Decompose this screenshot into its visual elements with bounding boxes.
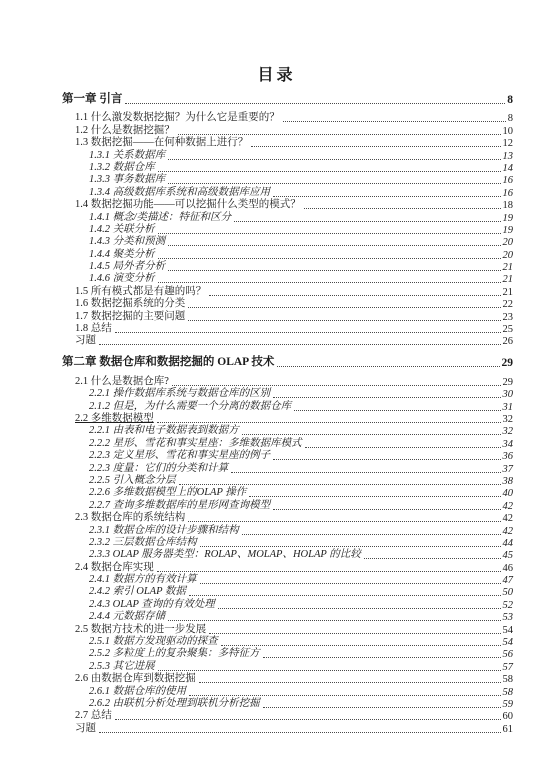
- entry-page-number: 57: [503, 662, 514, 673]
- entry-dot-leader: [273, 195, 500, 197]
- entry-page-number: 26: [503, 336, 514, 347]
- entry-dot-leader: [158, 170, 501, 172]
- entry-dot-leader: [273, 508, 500, 510]
- entry-page-number: 61: [503, 724, 514, 735]
- entry-dot-leader: [115, 331, 501, 333]
- entry-page-number: 20: [503, 250, 514, 261]
- entry-label: 第一章 引言: [62, 90, 122, 106]
- entry-page-number: 53: [503, 612, 514, 623]
- entry-page-number: 25: [503, 324, 514, 335]
- entry-page-number: 16: [503, 175, 514, 186]
- entry-dot-leader: [234, 220, 500, 222]
- entry-page-number: 32: [503, 414, 514, 425]
- entry-page-number: 19: [503, 225, 514, 236]
- entry-page-number: 10: [503, 126, 514, 137]
- entry-dot-leader: [200, 582, 501, 584]
- toc-list: 第一章 引言81.1 什么激发数据挖掘？为什么它是重要的？81.2 什么是数据挖…: [62, 92, 513, 735]
- entry-page-number: 37: [503, 464, 514, 475]
- entry-page-number: 20: [503, 237, 514, 248]
- entry-dot-leader: [273, 396, 500, 398]
- entry-page-number: 16: [503, 188, 514, 199]
- entry-page-number: 46: [503, 563, 514, 574]
- toc-entry: 2.6.2 由联机分析处理到联机分析挖掘59: [62, 698, 513, 710]
- entry-page-number: 29: [502, 357, 514, 369]
- toc-entry: 2.7 总结60: [62, 710, 513, 722]
- toc-entry: 1.8 总结25: [62, 323, 513, 335]
- entry-page-number: 44: [503, 538, 514, 549]
- entry-page-number: 13: [503, 151, 514, 162]
- entry-dot-leader: [218, 607, 501, 609]
- entry-dot-leader: [209, 632, 500, 634]
- entry-dot-leader: [188, 306, 500, 308]
- entry-label: 2.6.2 由联机分析处理到联机分析挖掘: [89, 695, 260, 710]
- entry-label: 第二章 数据仓库和数据挖掘的 OLAP 技术: [62, 353, 274, 369]
- entry-page-number: 50: [503, 587, 514, 598]
- entry-page-number: 54: [503, 625, 514, 636]
- entry-page-number: 14: [503, 163, 514, 174]
- entry-dot-leader: [99, 343, 501, 345]
- entry-page-number: 38: [503, 476, 514, 487]
- toc-entry: 第一章 引言8: [62, 92, 513, 106]
- entry-page-number: 36: [503, 451, 514, 462]
- entry-dot-leader: [231, 471, 500, 473]
- entry-page-number: 56: [503, 649, 514, 660]
- entry-page-number: 58: [503, 687, 514, 698]
- entry-page-number: 47: [503, 575, 514, 586]
- entry-dot-leader: [242, 533, 501, 535]
- entry-page-number: 58: [503, 674, 514, 685]
- entry-dot-leader: [263, 706, 501, 708]
- entry-dot-leader: [99, 731, 501, 733]
- entry-page-number: 30: [503, 389, 514, 400]
- entry-page-number: 21: [503, 262, 514, 273]
- toc-title: 目录: [0, 62, 553, 85]
- entry-page-number: 42: [503, 526, 514, 537]
- toc-entry: 习题26: [62, 335, 513, 347]
- entry-dot-leader: [168, 269, 500, 271]
- entry-dot-leader: [158, 257, 501, 259]
- entry-page-number: 42: [503, 513, 514, 524]
- entry-dot-leader: [249, 495, 500, 497]
- entry-page-number: 32: [503, 426, 514, 437]
- entry-page-number: 54: [503, 637, 514, 648]
- entry-dot-leader: [221, 644, 501, 646]
- entry-page-number: 34: [503, 439, 514, 450]
- entry-dot-leader: [277, 365, 499, 367]
- entry-dot-leader: [209, 294, 500, 296]
- entry-dot-leader: [251, 145, 500, 147]
- entry-dot-leader: [283, 120, 506, 122]
- entry-dot-leader: [188, 319, 500, 321]
- entry-page-number: 21: [503, 274, 514, 285]
- entry-page-number: 22: [503, 299, 514, 310]
- entry-dot-leader: [364, 557, 501, 559]
- entry-dot-leader: [304, 207, 501, 209]
- entry-dot-leader: [305, 446, 501, 448]
- entry-page-number: 8: [508, 113, 513, 124]
- entry-dot-leader: [168, 619, 500, 621]
- entry-dot-leader: [158, 669, 501, 671]
- toc-entry: 第二章 数据仓库和数据挖掘的 OLAP 技术29: [62, 355, 513, 369]
- entry-page-number: 60: [503, 711, 514, 722]
- entry-dot-leader: [115, 718, 501, 720]
- entry-page-number: 42: [503, 501, 514, 512]
- entry-label: 习题: [75, 332, 96, 347]
- entry-dot-leader: [157, 570, 501, 572]
- entry-page-number: 52: [503, 600, 514, 611]
- entry-dot-leader: [125, 102, 505, 104]
- entry-dot-leader: [273, 458, 500, 460]
- toc-entry: 习题61: [62, 722, 513, 734]
- entry-dot-leader: [168, 244, 500, 246]
- entry-page-number: 40: [503, 488, 514, 499]
- entry-dot-leader: [294, 409, 500, 411]
- entry-label: 习题: [75, 720, 96, 735]
- entry-dot-leader: [199, 681, 501, 683]
- entry-dot-leader: [158, 281, 501, 283]
- entry-page-number: 21: [503, 287, 514, 298]
- entry-dot-leader: [158, 232, 501, 234]
- entry-dot-leader: [189, 594, 501, 596]
- entry-page-number: 8: [507, 94, 513, 106]
- entry-dot-leader: [168, 158, 500, 160]
- entry-page-number: 31: [503, 402, 514, 413]
- entry-dot-leader: [263, 656, 501, 658]
- entry-page-number: 23: [503, 312, 514, 323]
- entry-page-number: 12: [503, 138, 514, 149]
- toc-entry: 1.7 数据挖掘的主要问题23: [62, 310, 513, 322]
- entry-page-number: 59: [503, 699, 514, 710]
- document-page: 目录 第一章 引言81.1 什么激发数据挖掘？为什么它是重要的？81.2 什么是…: [0, 0, 553, 773]
- entry-page-number: 18: [503, 200, 514, 211]
- entry-page-number: 29: [503, 377, 514, 388]
- entry-page-number: 19: [503, 213, 514, 224]
- entry-page-number: 45: [503, 550, 514, 561]
